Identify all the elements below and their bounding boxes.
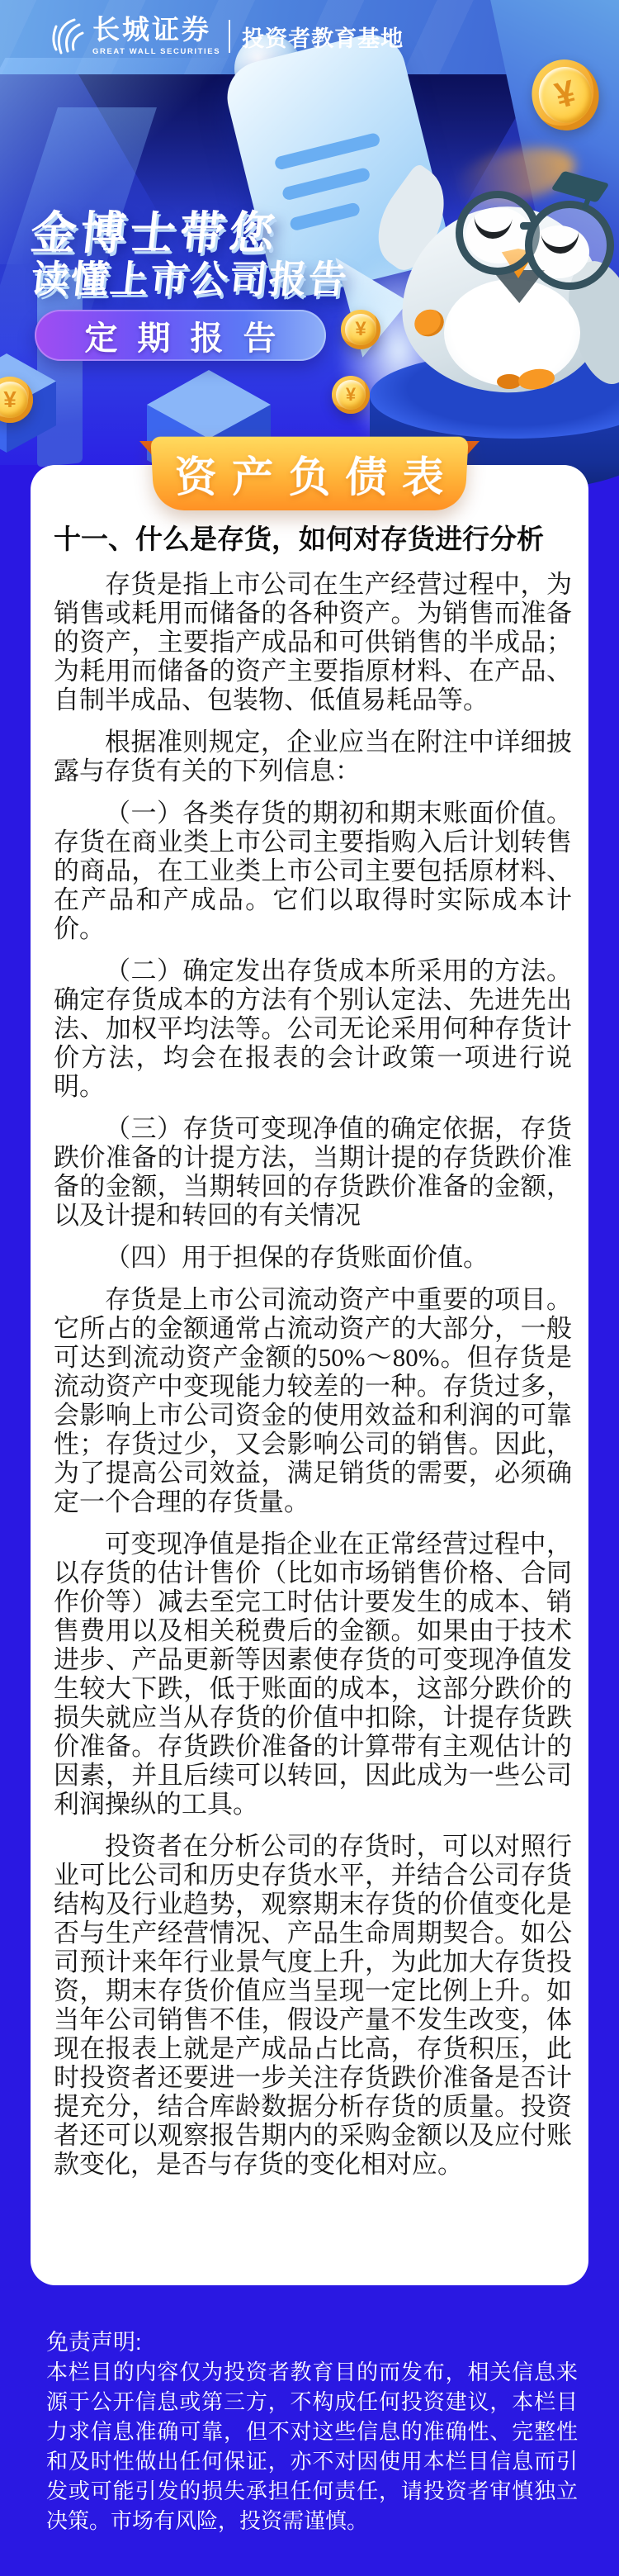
investor-education-poster: 长城证券 GREAT WALL SECURITIES 投资者教育基地 ¥ ¥ ¥… [0,0,619,2576]
yuan-coin-icon: ¥ [341,310,380,349]
brand-subtitle: 投资者教育基地 [242,21,404,53]
owl-mascot [386,194,619,450]
hero-title-line2: 读懂上市公司报告 [29,249,352,304]
section-ribbon-body: 资产负债表 [150,437,468,510]
article-paragraph: （二）确定发出存货成本所采用的方法。确定存货成本的方法有个别认定法、先进先出法、… [54,956,572,1101]
article-card: 十一、什么是存货，如何对存货进行分析 存货是指上市公司在生产经营过程中，为销售或… [31,465,588,2285]
section-ribbon: 资产负债表 [154,438,465,510]
article-paragraph: 根据准则规定，企业应当在附注中详细披露与存货有关的下列信息： [54,728,572,785]
disclaimer: 免责声明: 本栏目的内容仅为投资者教育目的而发布，相关信息来源于公开信息或第三方… [46,2327,578,2536]
owl-belly [444,279,580,387]
disclaimer-title: 免责声明: [46,2327,578,2357]
great-wall-logo-icon [50,17,86,56]
brand-text: 长城证券 GREAT WALL SECURITIES [92,17,220,56]
report-type-badge-label: 定期报告 [85,312,296,359]
article-paragraph: 存货是指上市公司在生产经营过程中，为销售或耗用而储备的各种资产。为销售而准备的资… [54,570,572,714]
brand-divider [229,20,230,53]
owl-glasses-bridge [520,222,533,230]
article-paragraph: （四）用于担保的存货账面价值。 [54,1243,572,1272]
brand-name-cn: 长城证券 [92,17,220,45]
disclaimer-body: 本栏目的内容仅为投资者教育目的而发布，相关信息来源于公开信息或第三方，不构成任何… [46,2357,578,2536]
brand-lockup: 长城证券 GREAT WALL SECURITIES 投资者教育基地 [50,11,404,62]
article-paragraph: 存货是上市公司流动资产中重要的项目。它所占的金额通常占流动资产的大部分，一般可达… [54,1285,572,1516]
brand-name-en: GREAT WALL SECURITIES [92,47,220,56]
report-type-badge: 定期报告 [35,310,326,361]
article-paragraph: （三）存货可变现净值的确定依据，存货跌价准备的计提方法，当期计提的存货跌价准备的… [54,1114,572,1230]
article-paragraph: 投资者在分析公司的存货时，可以对照行业可比公司和历史存货水平，并结合公司存货结构… [54,1832,572,2179]
hero-banner: ¥ ¥ ¥ ¥ 金博士带您 读懂上市公司报告 [0,74,619,465]
yuan-coin-icon: ¥ [332,376,370,414]
article-paragraph: （一）各类存货的期初和期末账面价值。存货在商业类上市公司主要指购入后计划转售的商… [54,799,572,943]
section-ribbon-label: 资产负债表 [173,444,461,504]
article-heading: 十一、什么是存货，如何对存货进行分析 [54,518,572,557]
article-paragraph: 可变现净值是指企业在正常经营过程中，以存货的估计售价（比如市场销售价格、合同作价… [54,1530,572,1819]
